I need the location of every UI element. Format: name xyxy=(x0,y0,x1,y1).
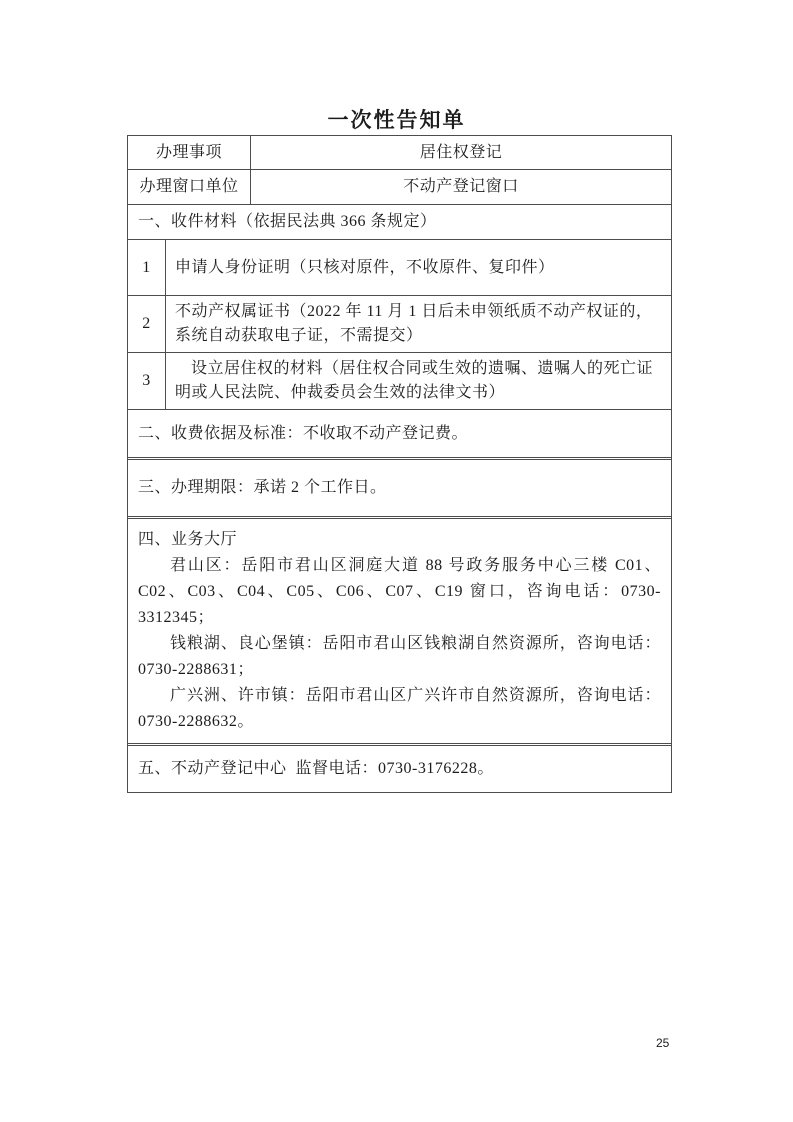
material-row-2: 2 不动产权属证书（2022 年 11 月 1 日后未申领纸质不动产权证的，系统… xyxy=(128,295,671,352)
section-four-heading: 四、业务大厅 xyxy=(138,527,661,553)
section-four-paragraph-2: 钱粮湖、良心堡镇：岳阳市君山区钱粮湖自然资源所，咨询电话：0730-228863… xyxy=(138,631,661,683)
document-page: 一次性告知单 办理事项 居住权登记 办理窗口单位 不动产登记窗口 一、收件材料（… xyxy=(0,0,793,1122)
section-four: 四、业务大厅 君山区：岳阳市君山区洞庭大道 88 号政务服务中心三楼 C01、C… xyxy=(128,516,671,743)
info-row-matter: 办理事项 居住权登记 xyxy=(128,136,671,169)
info-label-matter: 办理事项 xyxy=(128,136,251,169)
material-text-3: 设立居住权的材料（居住权合同或生效的遗嘱、遗嘱人的死亡证明或人民法院、仲裁委员会… xyxy=(175,357,662,405)
material-row-3: 3 设立居住权的材料（居住权合同或生效的遗嘱、遗嘱人的死亡证明或人民法院、仲裁委… xyxy=(128,352,671,409)
material-text-cell-1: 申请人身份证明（只核对原件，不收原件、复印件） xyxy=(166,240,671,295)
material-number-3: 3 xyxy=(128,353,166,409)
material-text-cell-2: 不动产权属证书（2022 年 11 月 1 日后未申领纸质不动产权证的，系统自动… xyxy=(166,296,671,352)
section-two-text: 二、收费依据及标准：不收取不动产登记费。 xyxy=(128,409,671,457)
info-value-window-unit: 不动产登记窗口 xyxy=(251,170,671,204)
material-text-cell-3: 设立居住权的材料（居住权合同或生效的遗嘱、遗嘱人的死亡证明或人民法院、仲裁委员会… xyxy=(166,353,671,409)
material-row-1: 1 申请人身份证明（只核对原件，不收原件、复印件） xyxy=(128,239,671,295)
section-one-heading: 一、收件材料（依据民法典 366 条规定） xyxy=(128,204,671,239)
material-text-2: 不动产权属证书（2022 年 11 月 1 日后未申领纸质不动产权证的，系统自动… xyxy=(175,300,662,348)
material-number-1: 1 xyxy=(128,240,166,295)
info-label-window-unit: 办理窗口单位 xyxy=(128,170,251,204)
section-three-text: 三、办理期限：承诺 2 个工作日。 xyxy=(128,457,671,516)
material-number-2: 2 xyxy=(128,296,166,352)
notification-table: 办理事项 居住权登记 办理窗口单位 不动产登记窗口 一、收件材料（依据民法典 3… xyxy=(127,135,672,793)
section-four-paragraph-3: 广兴洲、许市镇：岳阳市君山区广兴许市自然资源所，咨询电话：0730-228863… xyxy=(138,683,661,735)
material-text-1: 申请人身份证明（只核对原件，不收原件、复印件） xyxy=(175,256,555,280)
section-five-text: 五、不动产登记中心 监督电话：0730-3176228。 xyxy=(128,743,671,792)
page-number: 25 xyxy=(656,1036,669,1050)
info-row-window-unit: 办理窗口单位 不动产登记窗口 xyxy=(128,169,671,204)
section-four-paragraph-1: 君山区：岳阳市君山区洞庭大道 88 号政务服务中心三楼 C01、C02、C03、… xyxy=(138,553,661,631)
info-value-matter: 居住权登记 xyxy=(251,136,671,169)
page-title: 一次性告知单 xyxy=(0,104,793,134)
